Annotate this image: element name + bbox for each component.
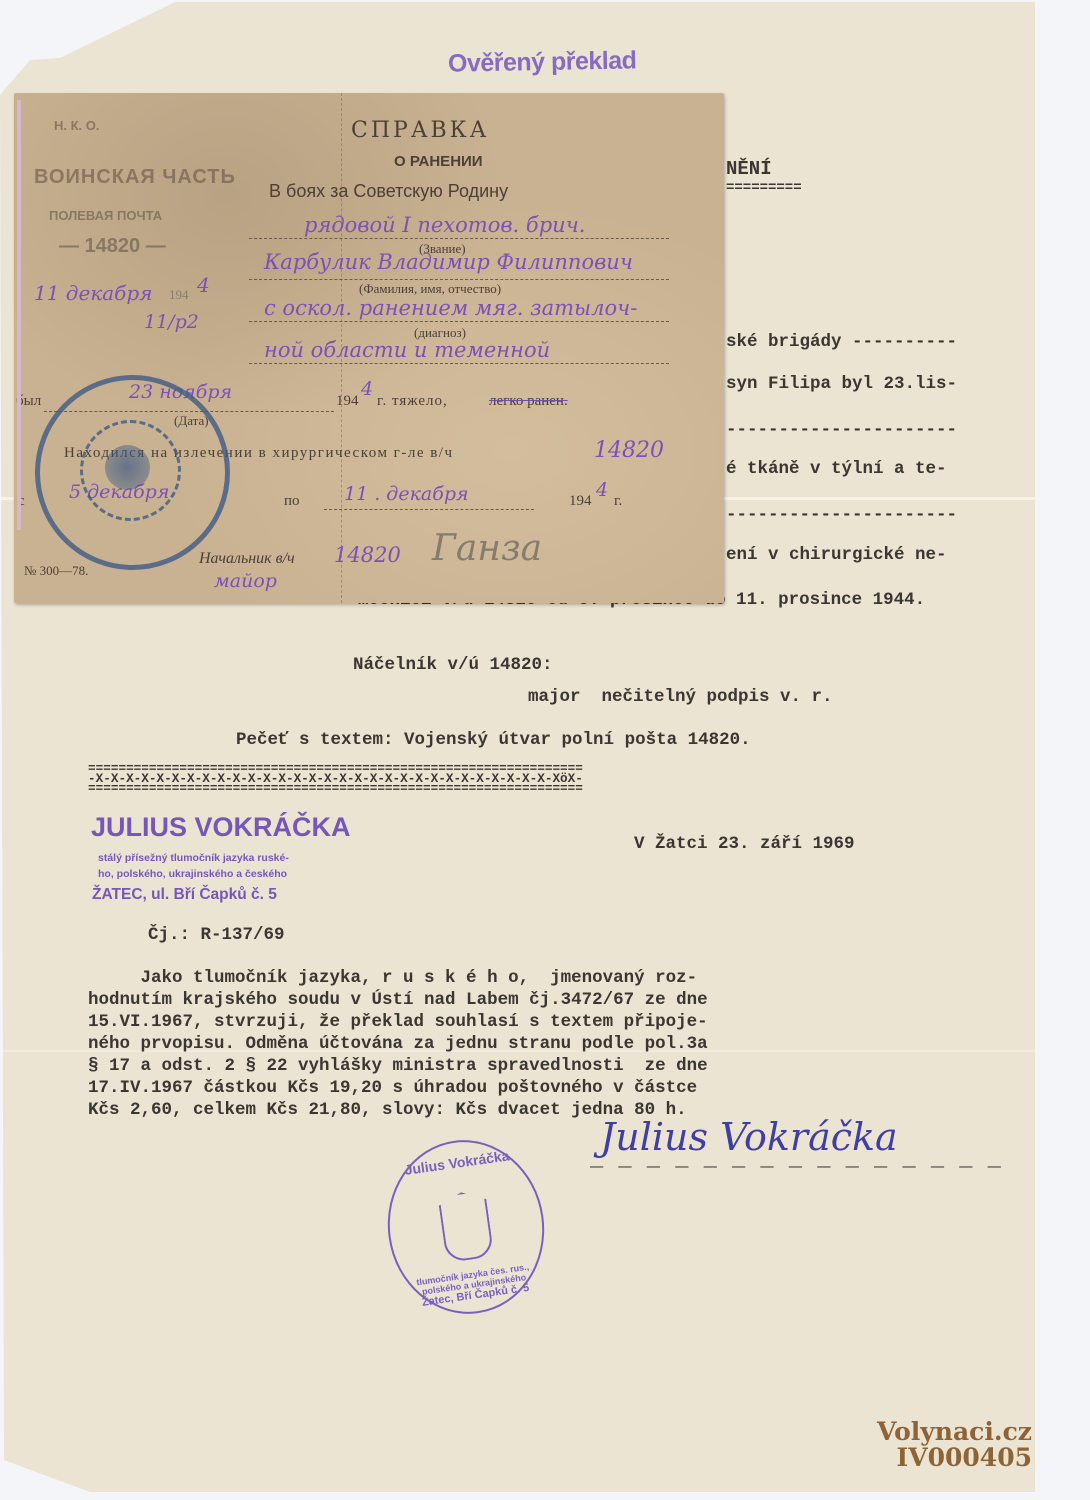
certification-line: Jako tlumočník jazyka, r u s k é h o, jm… bbox=[88, 968, 697, 988]
chief-unit: 14820 bbox=[334, 543, 401, 567]
unit-org: Н. К. О. bbox=[54, 118, 100, 133]
translation-title: NĚNÍ bbox=[726, 158, 772, 180]
chief-rank: майор bbox=[214, 570, 277, 592]
unit-name: ВОИНСКАЯ ЧАСТЬ bbox=[34, 166, 236, 189]
reference-number: Čj.: R-137/69 bbox=[148, 925, 285, 945]
name-value: Карбулик Владимир Филиппович bbox=[264, 250, 633, 274]
translation-line: ---------------------- bbox=[726, 420, 957, 440]
separator-bottom: ========================================… bbox=[88, 784, 583, 794]
wounded-year-hw: 4 bbox=[361, 378, 373, 400]
translation-line: ské brigády ---------- bbox=[726, 332, 957, 352]
rank-value: рядовой I пехотов. брич. bbox=[304, 213, 585, 237]
treatment-unit: 14820 bbox=[594, 438, 664, 463]
translator-address: ŽATEC, ul. Bří Čapků č. 5 bbox=[92, 886, 277, 904]
diagnosis-value-1: с оскол. ранением мяг. затылоч- bbox=[264, 296, 637, 320]
translator-stamp-line-1: stálý přísežný tlumočník jazyka ruské- bbox=[98, 852, 289, 864]
issue-date-handwritten: 11 декабря bbox=[34, 281, 152, 305]
translation-line: syn Filipa byl 23.lis- bbox=[726, 374, 957, 394]
certificate-tagline: В боях за Советскую Родину bbox=[269, 181, 508, 202]
chief-signature: Ганза bbox=[432, 528, 542, 569]
to-label: по bbox=[284, 493, 300, 510]
to-date: 11 . декабря bbox=[344, 483, 469, 505]
soviet-emblem-icon bbox=[105, 445, 150, 490]
translation-line: ení v chirurgické ne- bbox=[726, 545, 947, 565]
diagnosis-line-2 bbox=[249, 363, 669, 364]
translator-signature: Julius Vokráčka bbox=[600, 1115, 898, 1159]
czech-lion-emblem-icon bbox=[437, 1189, 494, 1263]
translator-name-stamp: JULIUS VOKRÁČKA bbox=[91, 812, 351, 843]
name-label: (Фамилия, имя, отчество) bbox=[359, 281, 501, 297]
wounded-year: 194 bbox=[336, 393, 359, 410]
certification-line: Kčs 2,60, celkem Kčs 21,80, slovy: Kčs d… bbox=[88, 1100, 687, 1120]
certification-line: § 17 a odst. 2 § 22 vyhlášky ministra sp… bbox=[88, 1056, 708, 1076]
signature-line: major nečitelný podpis v. r. bbox=[528, 687, 833, 707]
seal-line: Pečeť s textem: Vojenský útvar polní poš… bbox=[236, 730, 751, 750]
rank-line bbox=[249, 238, 669, 239]
severity-struck: легко ранен. bbox=[489, 393, 568, 410]
watermark-id: IV000405 bbox=[897, 1445, 1032, 1471]
certificate-title: СПРАВКА bbox=[351, 118, 489, 143]
certification-line: 15.VI.1967, stvrzuji, že překlad souhlas… bbox=[88, 1012, 708, 1032]
to-year-suffix: г. bbox=[614, 493, 622, 510]
translation-title-underline: ========= bbox=[726, 180, 802, 196]
certification-line: 17.IV.1967 částkou Kčs 19,20 s úhradou p… bbox=[88, 1078, 697, 1098]
name-line bbox=[249, 279, 669, 280]
binding-string bbox=[14, 100, 24, 530]
issue-year-printed: 194 bbox=[169, 287, 189, 303]
certification-line: ného prvopisu. Odměna účtována za jednu … bbox=[88, 1034, 708, 1054]
place-date: V Žatci 23. září 1969 bbox=[634, 834, 855, 854]
to-date-line bbox=[324, 509, 534, 510]
to-year-hw: 4 bbox=[596, 479, 608, 501]
issue-year-handwritten: 4 bbox=[197, 273, 210, 297]
certificate-subtitle: О РАНЕНИИ bbox=[394, 153, 483, 170]
diagnosis-value-2: ной области и теменной bbox=[264, 338, 550, 362]
diagnosis-line bbox=[249, 321, 669, 322]
watermark-site: Volynaci.cz bbox=[877, 1419, 1032, 1445]
registration-number: 11/р2 bbox=[144, 311, 199, 333]
severity-text: г. тяжело, bbox=[377, 393, 448, 410]
translator-stamp-line-2: ho, polského, ukrajinského a českého bbox=[98, 868, 287, 880]
soviet-unit-stamp bbox=[35, 375, 230, 570]
field-post-number: — 14820 — bbox=[59, 235, 166, 258]
certification-line: hodnutím krajského soudu v Ústí nad Labe… bbox=[88, 990, 708, 1010]
form-number: № 300—78. bbox=[24, 563, 88, 579]
translation-line: ---------------------- bbox=[726, 505, 957, 525]
field-post: ПОЛЕВАЯ ПОЧТА bbox=[49, 208, 162, 223]
chief-label: Начальник в/ч bbox=[199, 550, 295, 568]
to-year: 194 bbox=[569, 493, 592, 510]
chief-line: Náčelník v/ú 14820: bbox=[353, 655, 553, 675]
translation-line: é tkáně v týlní a te- bbox=[726, 459, 947, 479]
verified-translation-stamp: Ověřený překlad bbox=[448, 46, 637, 78]
